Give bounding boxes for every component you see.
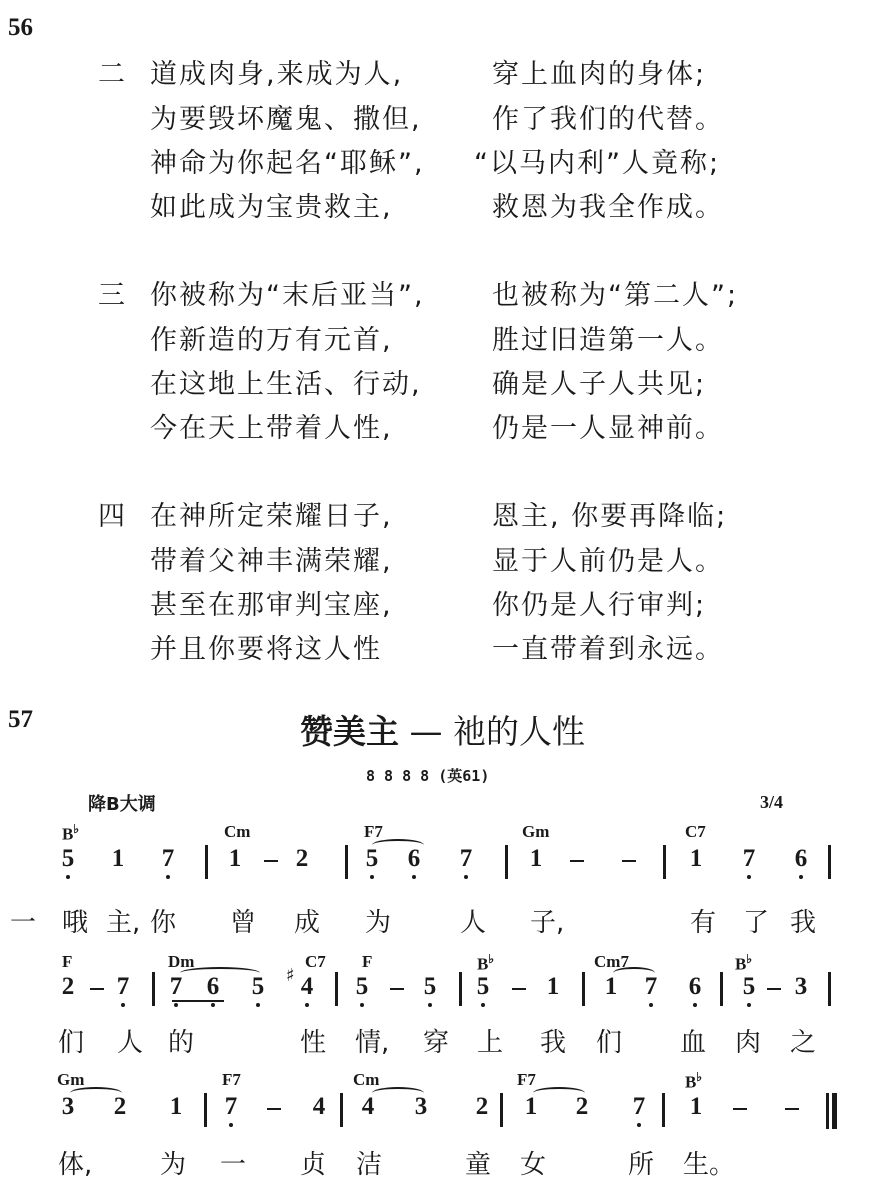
- chord-symbol: C7: [305, 952, 326, 972]
- lyric-syllable: 成: [294, 902, 320, 939]
- lyric-syllable: 人: [460, 902, 486, 939]
- verse-line-left: 你被称为“末后亚当”,: [150, 273, 425, 312]
- lyric-syllable: 了: [743, 902, 769, 939]
- lyric-syllable: 子,: [530, 902, 564, 939]
- note: 2: [292, 845, 312, 873]
- verse-line-left: 如此成为宝贵救主,: [150, 185, 393, 224]
- bar-line: [459, 972, 462, 1006]
- bar-line: [152, 972, 155, 1006]
- lower-octave-dot: [428, 1003, 432, 1007]
- slur: [180, 967, 260, 979]
- meter-label: 8 8 8 8 (英61): [366, 765, 489, 786]
- chord-symbol: B♭: [735, 952, 752, 975]
- lyric-syllable: 贞: [300, 1144, 326, 1181]
- verse-line-left: 带着父神丰满荣耀,: [150, 539, 393, 578]
- verse-line-right: 作了我们的代替。: [492, 97, 724, 136]
- note: 5: [739, 973, 759, 1001]
- note: 2: [58, 973, 78, 1001]
- lyric-syllable: 有: [690, 902, 716, 939]
- slur: [372, 1087, 424, 1099]
- note: 1: [543, 973, 563, 1001]
- bar-line: [828, 845, 831, 879]
- note: 7: [221, 1093, 241, 1121]
- lower-octave-dot: [121, 1003, 125, 1007]
- chord-symbol: F7: [222, 1070, 241, 1090]
- lower-octave-dot: [66, 875, 70, 879]
- lyric-syllable: 肉: [735, 1022, 761, 1059]
- lyric-syllable: 你: [150, 902, 176, 939]
- chord-symbol: Cm: [353, 1070, 379, 1090]
- lyric-syllable: 主,: [106, 902, 140, 939]
- verse-line-right: 胜过旧造第一人。: [492, 318, 724, 357]
- lower-octave-dot: [166, 875, 170, 879]
- verse-marker: 二: [98, 52, 125, 91]
- note: 5: [420, 973, 440, 1001]
- lyric-syllable: 体,: [58, 1144, 92, 1181]
- verse-line-left: 作新造的万有元首,: [150, 318, 393, 357]
- lyric-syllable: 我: [790, 902, 816, 939]
- slur: [533, 1087, 585, 1099]
- note: 5: [352, 973, 372, 1001]
- note: 5: [58, 845, 78, 873]
- hymn-number-56: 56: [8, 14, 33, 42]
- lyric-syllable: 们: [596, 1022, 622, 1059]
- lyric-syllable: 一: [220, 1144, 246, 1181]
- verse-line-left: 道成肉身,来成为人,: [150, 52, 403, 91]
- verse-line-left: 在神所定荣耀日子,: [150, 494, 393, 533]
- note: 7: [629, 1093, 649, 1121]
- lower-octave-dot: [211, 1003, 215, 1007]
- note: 7: [113, 973, 133, 1001]
- bar-line: [500, 1093, 503, 1127]
- verse-marker: 三: [98, 273, 125, 312]
- verse-line-right: 确是人子人共见;: [492, 362, 706, 401]
- bar-line: [340, 1093, 343, 1127]
- verse-line-right: “以马内利”人竟称;: [474, 141, 720, 180]
- lyric-syllable: 洁: [356, 1144, 382, 1181]
- note: 2: [472, 1093, 492, 1121]
- note: 7: [739, 845, 759, 873]
- lower-octave-dot: [360, 1003, 364, 1007]
- flat-accidental: ♭: [488, 952, 494, 966]
- verse-line-right: 救恩为我全作成。: [492, 185, 724, 224]
- sustain-dash: [267, 1108, 281, 1110]
- final-bar-thin: [826, 1093, 829, 1129]
- lyric-syllable: 们: [58, 1022, 84, 1059]
- sustain-dash: [733, 1108, 747, 1110]
- note: 1: [526, 845, 546, 873]
- verse-line-right: 恩主, 你要再降临;: [492, 494, 727, 533]
- bar-line: [662, 1093, 665, 1127]
- bar-line: [663, 845, 666, 879]
- sustain-dash: [767, 988, 781, 990]
- lyric-syllable: 的: [168, 1022, 194, 1059]
- chord-symbol: F: [362, 952, 372, 972]
- lyric-syllable: 血: [680, 1022, 706, 1059]
- sustain-dash: [390, 988, 404, 990]
- beam-underline: [172, 1000, 224, 1002]
- lower-octave-dot: [481, 1003, 485, 1007]
- flat-accidental: ♭: [696, 1070, 702, 1084]
- note: 5: [473, 973, 493, 1001]
- lower-octave-dot: [305, 1003, 309, 1007]
- lyric-syllable: 人: [117, 1022, 143, 1059]
- note: 1: [108, 845, 128, 873]
- note: 4: [297, 973, 317, 1001]
- lower-octave-dot: [229, 1123, 233, 1127]
- chord-symbol: F7: [364, 822, 383, 842]
- note: 6: [791, 845, 811, 873]
- chord-symbol: Gm: [522, 822, 549, 842]
- lower-octave-dot: [174, 1003, 178, 1007]
- sustain-dash: [785, 1108, 799, 1110]
- lower-octave-dot: [693, 1003, 697, 1007]
- verse-line-right: 你仍是人行审判;: [492, 583, 706, 622]
- lyric-syllable: 为: [365, 902, 391, 939]
- note: 6: [685, 973, 705, 1001]
- slur: [613, 967, 655, 979]
- chord-symbol: B♭: [685, 1070, 702, 1093]
- lyric-syllable: 情,: [355, 1022, 389, 1059]
- hymn-number-57: 57: [8, 706, 33, 734]
- lyric-syllable: 童: [465, 1144, 491, 1181]
- hymn-title: 赞美主 — 祂的人性: [300, 706, 585, 753]
- final-bar-thick: [832, 1093, 837, 1129]
- note: 1: [166, 1093, 186, 1121]
- sustain-dash: [264, 860, 278, 862]
- bar-line: [335, 972, 338, 1006]
- sustain-dash: [622, 860, 636, 862]
- sustain-dash: [512, 988, 526, 990]
- flat-accidental: ♭: [746, 952, 752, 966]
- chord-symbol: Gm: [57, 1070, 84, 1090]
- title-subtitle: 祂的人性: [453, 712, 585, 751]
- verse-line-right: 显于人前仍是人。: [492, 539, 724, 578]
- lyric-syllable: 之: [790, 1022, 816, 1059]
- verse-line-right: 也被称为“第二人”;: [492, 273, 738, 312]
- verse-line-right: 一直带着到永远。: [492, 627, 724, 666]
- bar-line: [720, 972, 723, 1006]
- lower-octave-dot: [412, 875, 416, 879]
- note: 3: [791, 973, 811, 1001]
- lower-octave-dot: [747, 875, 751, 879]
- lower-octave-dot: [256, 1003, 260, 1007]
- bar-line: [204, 1093, 207, 1127]
- key-signature: 降B大调: [88, 790, 156, 816]
- flat-accidental: ♭: [73, 822, 79, 836]
- verse-line-right: 仍是一人显神前。: [492, 406, 724, 445]
- verse-line-left: 并且你要将这人性: [150, 627, 382, 666]
- slur: [372, 839, 424, 851]
- lower-octave-dot: [799, 875, 803, 879]
- slur: [70, 1087, 122, 1099]
- bar-line: [828, 972, 831, 1006]
- note: 1: [225, 845, 245, 873]
- title-separator: —: [399, 712, 453, 751]
- lower-octave-dot: [464, 875, 468, 879]
- sustain-dash: [570, 860, 584, 862]
- bar-line: [205, 845, 208, 879]
- lyric-syllable: 生。: [683, 1144, 735, 1181]
- chord-symbol: F7: [517, 1070, 536, 1090]
- note: 7: [456, 845, 476, 873]
- sustain-dash: [90, 988, 104, 990]
- chord-symbol: Cm: [224, 822, 250, 842]
- verse-line-left: 甚至在那审判宝座,: [150, 583, 393, 622]
- lyric-syllable: 穿: [423, 1022, 449, 1059]
- lyric-syllable: 上: [477, 1022, 503, 1059]
- lyric-syllable: 哦: [62, 902, 88, 939]
- lower-octave-dot: [747, 1003, 751, 1007]
- verse-line-right: 穿上血肉的身体;: [492, 52, 706, 91]
- lyric-syllable: 我: [540, 1022, 566, 1059]
- bar-line: [345, 845, 348, 879]
- lyric-syllable: 女: [520, 1144, 546, 1181]
- lyric-syllable: 为: [160, 1144, 186, 1181]
- note: 4: [309, 1093, 329, 1121]
- chord-symbol: B♭: [62, 822, 79, 845]
- lyric-syllable: 曾: [230, 902, 256, 939]
- bar-line: [582, 972, 585, 1006]
- note: 1: [686, 1093, 706, 1121]
- time-signature: 3/4: [760, 792, 783, 813]
- title-main: 赞美主: [300, 712, 399, 751]
- lyric-syllable: 性: [300, 1022, 326, 1059]
- verse-line-left: 神命为你起名“耶稣”,: [150, 141, 425, 180]
- lower-octave-dot: [370, 875, 374, 879]
- lower-octave-dot: [649, 1003, 653, 1007]
- note: 7: [158, 845, 178, 873]
- chord-symbol: C7: [685, 822, 706, 842]
- lyric-syllable: 所: [628, 1144, 654, 1181]
- chord-symbol: B♭: [477, 952, 494, 975]
- verse-marker: 四: [98, 494, 125, 533]
- lower-octave-dot: [637, 1123, 641, 1127]
- chord-symbol: F: [62, 952, 72, 972]
- verse-line-left: 为要毁坏魔鬼、撒但,: [150, 97, 422, 136]
- note: 1: [686, 845, 706, 873]
- verse-line-left: 在这地上生活、行动,: [150, 362, 422, 401]
- sharp-accidental: ♯: [286, 965, 295, 986]
- bar-line: [505, 845, 508, 879]
- verse-line-left: 今在天上带着人性,: [150, 406, 393, 445]
- lyric-syllable: 一: [10, 902, 36, 939]
